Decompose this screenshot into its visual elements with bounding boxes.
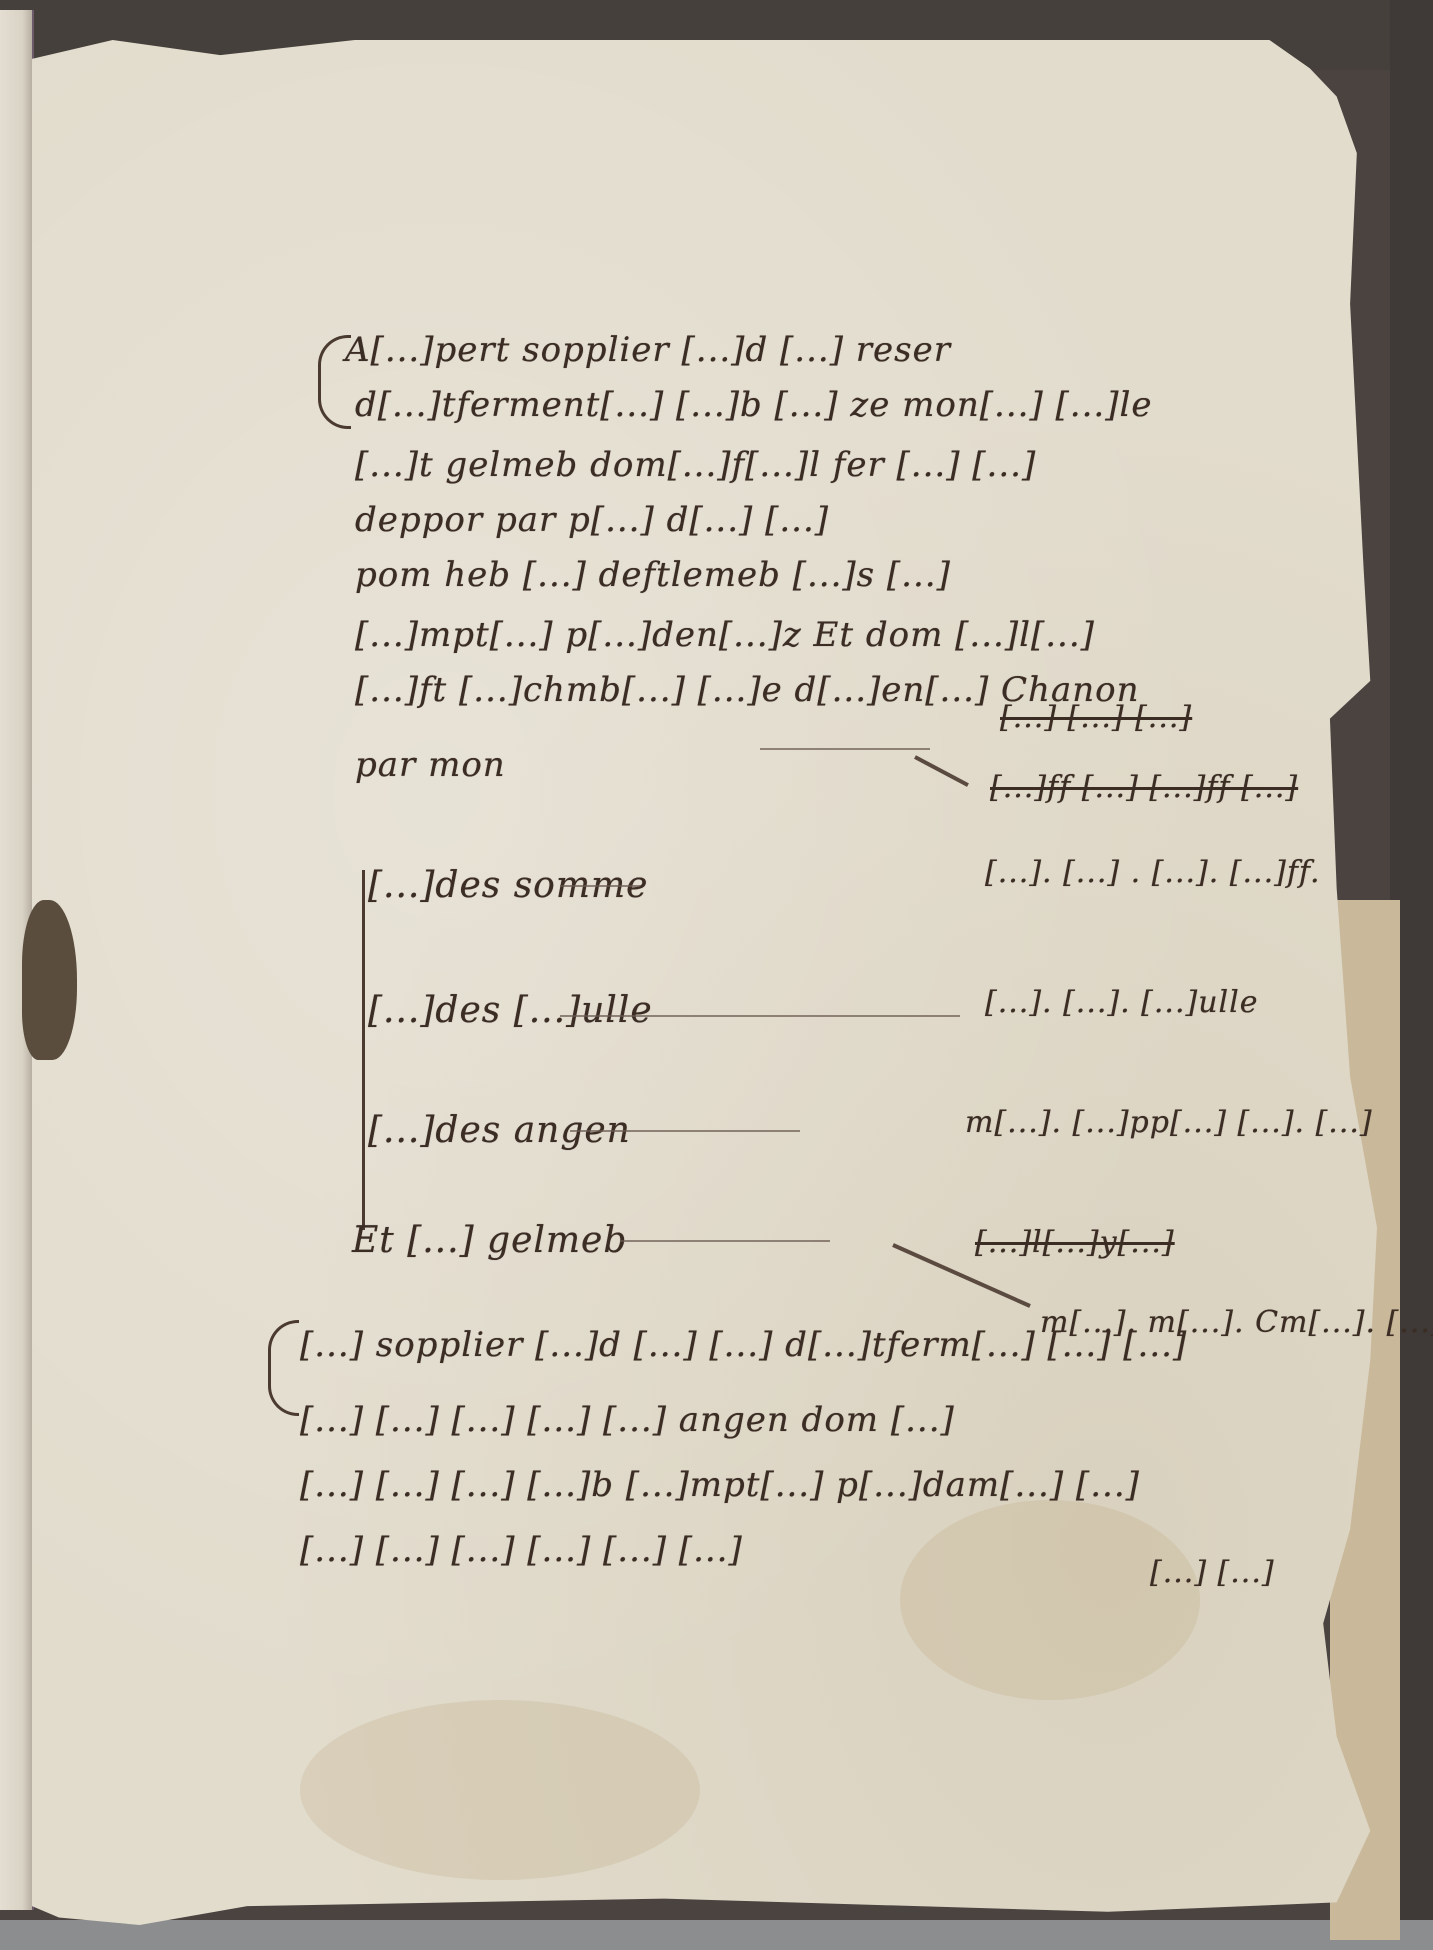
second-line-4: [...] [...] [...] [...] [...] [...] [300, 1530, 743, 1570]
margin-note-5: m[...]. [...]pp[...] [...]. [...] [965, 1105, 1373, 1140]
paper-tear-hole [22, 900, 77, 1060]
line-filler-dash [570, 1130, 800, 1132]
second-line-3: [...] [...] [...] [...]b [...]mpt[...] p… [300, 1465, 1140, 1505]
main-line-2: d[...]tferment[...] [...]b [...] ze mon[… [355, 385, 1152, 425]
margin-note-4: [...]. [...]. [...]ulle [985, 985, 1258, 1020]
main-line-3: [...]t gelmeb dom[...]f[...]l fer [...] … [355, 445, 1036, 485]
list-brace [362, 870, 365, 1230]
trailing-note: [...] [...] [1150, 1555, 1275, 1590]
second-line-2: [...] [...] [...] [...] [...] angen dom … [300, 1400, 955, 1440]
main-line-8: par mon [355, 745, 506, 785]
paper-stain [900, 1500, 1200, 1700]
margin-note-3: [...]. [...] . [...]. [...]ff. [985, 855, 1321, 890]
scan-base-strip [0, 1920, 1433, 1950]
line-filler-dash [620, 1240, 830, 1242]
margin-note-6: [...]l[...]y[...] [975, 1225, 1175, 1260]
line-filler-dash [560, 885, 640, 887]
paragraph-bracket-mark [268, 1320, 299, 1416]
margin-note-1: [...] [...] [...] [1000, 700, 1192, 735]
main-line-5: pom heb [...] deftlemeb [...]s [...] [355, 555, 951, 595]
second-line-1: [...] sopplier [...]d [...] [...] d[...]… [300, 1325, 1187, 1365]
list-entry-4: Et [...] gelmeb [352, 1220, 627, 1261]
main-line-6: [...]mpt[...] p[...]den[...]z Et dom [..… [355, 615, 1095, 655]
line-filler-dash [760, 748, 930, 750]
list-entry-2: [...]des [...]ulle [368, 990, 653, 1031]
main-line-4: deppor par p[...] d[...] [...] [355, 500, 829, 540]
margin-note-2: [...]ff [...] [...]ff [...] [990, 770, 1298, 805]
main-line-1: A[...]pert sopplier [...]d [...] reser [345, 330, 951, 370]
line-filler-dash [560, 1015, 960, 1017]
paper-stain [300, 1700, 700, 1880]
